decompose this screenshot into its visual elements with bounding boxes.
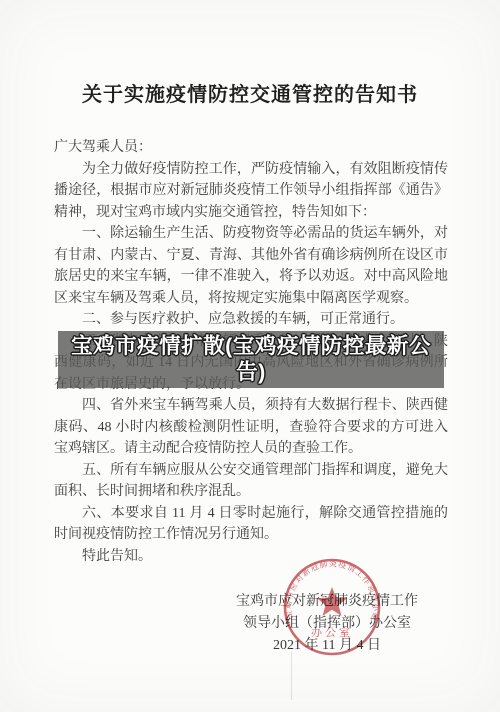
paragraph-closing: 特此告知。 bbox=[54, 546, 448, 568]
paragraph-item-1: 一、除运输生产生活、防疫物资等必需品的货运车辆外，对有甘肃、内蒙古、宁夏、青海、… bbox=[54, 223, 448, 309]
paragraph-item-2: 二、参与医疗救护、应急救援的车辆，可正常通行。 bbox=[54, 309, 448, 331]
document-photo: 关于实施疫情防控交通管控的告知书 广大驾乘人员： 为全力做好疫情防控工作，严防疫… bbox=[0, 0, 500, 712]
caption-overlay: 宝鸡市疫情扩散(宝鸡疫情防控最新公告) bbox=[58, 331, 444, 388]
paragraph-item-6: 六、本要求自 11 月 4 日零时起施行，解除交通管控措施的时间视疫情防控工作情… bbox=[54, 503, 448, 546]
paper-crease bbox=[291, 652, 292, 700]
paragraph-item-5: 五、所有车辆应服从公安交通管理部门指挥和调度，避免大面积、长时间拥堵和秩序混乱。 bbox=[54, 460, 448, 503]
paragraph-item-4: 四、省外来宝车辆驾乘人员，须持有大数据行程卡、陕西健康码、48 小时内核酸检测阴… bbox=[54, 395, 448, 460]
salutation: 广大驾乘人员： bbox=[54, 137, 448, 159]
paragraph-intro: 为全力做好疫情防控工作，严防疫情输入，有效阻断疫情传播途径，根据市应对新冠肺炎疫… bbox=[54, 159, 448, 224]
signature-block: 宝鸡市应对新冠肺炎疫情工作 领导小组（指挥部）办公室 2021 年 11 月 4… bbox=[229, 591, 425, 656]
signature-line-1: 宝鸡市应对新冠肺炎疫情工作 bbox=[229, 591, 425, 613]
signature-date: 2021 年 11 月 4 日 bbox=[229, 635, 425, 657]
caption-text: 宝鸡市疫情扩散(宝鸡疫情防控最新公告) bbox=[71, 334, 431, 384]
page-title: 关于实施疫情防控交通管控的告知书 bbox=[0, 78, 500, 107]
signature-line-2: 领导小组（指挥部）办公室 bbox=[229, 613, 425, 635]
